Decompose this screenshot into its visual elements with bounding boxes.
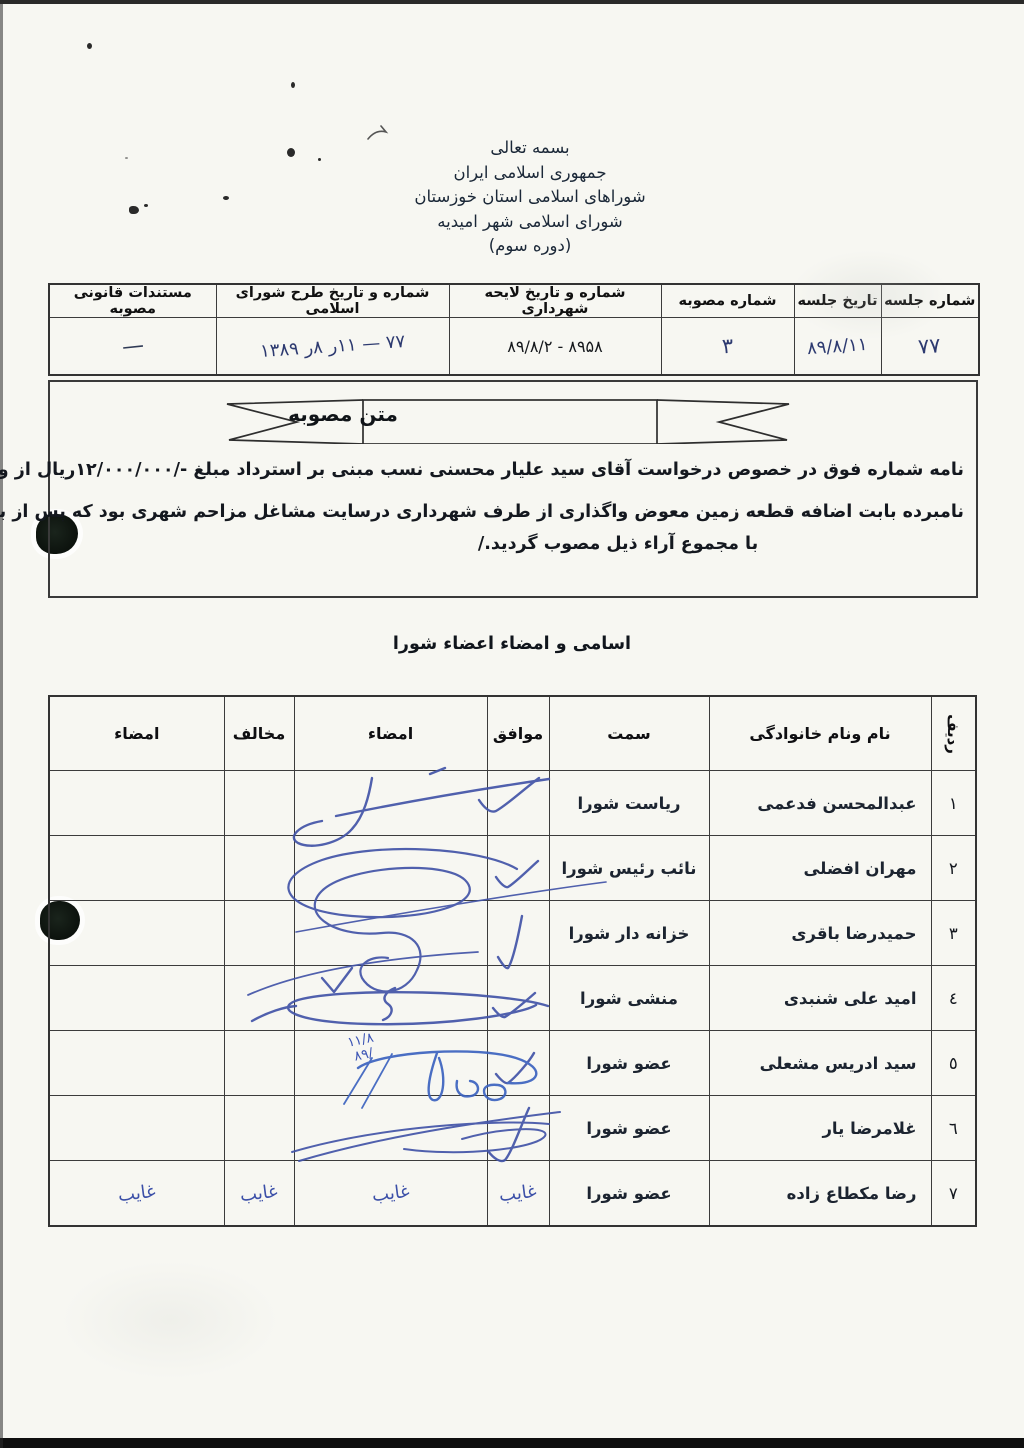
letterhead-line-basmala: بسمه تعالی [280,136,780,161]
member-oppose-cell [224,1096,294,1161]
member-position: خزانه دار شورا [549,901,709,966]
member-oppose-cell [224,836,294,901]
meta-value-plan-no-date: ۷۷ — ۱۱ر ۸ر ۱۳۸۹ [216,318,449,376]
member-approve-cell [487,771,549,836]
member-signature2-cell [49,1096,224,1161]
ink-speck [144,204,148,207]
meta-header-row: شماره جلسه تاریخ جلسه شماره مصوبه شماره … [49,284,979,318]
member-row: ٢ مهران افضلی نائب رئیس شورا [49,836,976,901]
member-name: مهران افضلی [709,836,931,901]
member-signature-cell [294,836,487,901]
member-approve-cell: غایب [487,1161,549,1227]
signature-date-year: /۸۹ [349,1045,378,1065]
member-position: منشی شورا [549,966,709,1031]
ink-speck [129,206,139,214]
signature-date-note: ۱۱/۸ /۸۹ [346,1031,378,1066]
member-row-no: ٥ [931,1031,976,1096]
member-signature2-cell [49,1031,224,1096]
resolution-line-3: با مجموع آراء ذیل مصوب گردید./ [167,534,1024,554]
member-signature-cell [294,966,487,1031]
member-signature2-cell [49,836,224,901]
member-position: ریاست شورا [549,771,709,836]
scan-edge-bottom [0,1438,1024,1448]
members-header-row-no: ردیف [931,696,976,771]
member-name: سید ادریس مشعلی [709,1031,931,1096]
member-row: ٦ غلامرضا یار عضو شورا [49,1096,976,1161]
member-row-no: ٤ [931,966,976,1031]
meta-header-legal-basis: مستندات قانونی مصوبه [49,284,216,318]
member-row-no: ٢ [931,836,976,901]
meta-value-legal-basis: — [49,318,216,376]
member-approve-cell [487,1096,549,1161]
member-signature-cell [294,901,487,966]
meta-value-bill-no-date: ۸۹۵۸ - ۸۹/۸/۲ [449,318,661,376]
member-position: نائب رئیس شورا [549,836,709,901]
scanned-document-page: بسمه تعالی جمهوری اسلامی ایران شوراهای ا… [0,0,1024,1448]
member-approve-cell [487,901,549,966]
member-oppose-cell [224,966,294,1031]
member-approve-cell [487,1031,549,1096]
member-oppose-cell: غایب [224,1161,294,1227]
members-header-signature-2: امضاء [49,696,224,771]
meta-header-session-no: شماره جلسه [881,284,979,318]
member-name: امید علی شنبدی [709,966,931,1031]
ink-speck [87,43,92,49]
resolution-banner-title: متن مصوبه [196,392,490,436]
meta-header-bill-no-date: شماره و تاریخ لایحه شهرداری [449,284,661,318]
members-header-position: سمت [549,696,709,771]
member-row: ٥ سید ادریس مشعلی عضو شورا ۱۱/۸ /۸۹ [49,1031,976,1096]
meta-value-session-date: ۸۹/۸/۱۱ [794,318,881,376]
meta-value-resolution-no: ۳ [661,318,794,376]
member-oppose-cell [224,771,294,836]
resolution-line-2: نامبرده بابت اضافه قطعه زمین معوض واگذار… [62,502,964,522]
member-row-no: ٦ [931,1096,976,1161]
members-table: ردیف نام ونام خانوادگی سمت موافق امضاء م… [48,695,977,1227]
member-signature-cell: غایب [294,1161,487,1227]
letterhead: بسمه تعالی جمهوری اسلامی ایران شوراهای ا… [280,136,780,259]
member-signature2-cell [49,771,224,836]
letterhead-line-province-councils: شوراهای اسلامی استان خوزستان [280,185,780,210]
members-section-title: اسامی و امضاء اعضاء شورا [0,634,1024,654]
absent-note: غایب [239,1180,279,1205]
member-signature-cell: ۱۱/۸ /۸۹ [294,1031,487,1096]
member-row-absent: ٧ رضا مکطاع زاده عضو شورا غایب غایب غایب… [49,1161,976,1227]
meta-header-session-date: تاریخ جلسه [794,284,881,318]
member-name: عبدالمحسن فدعمی [709,771,931,836]
member-signature-cell [294,771,487,836]
ink-speck [223,196,229,200]
members-header-row: ردیف نام ونام خانوادگی سمت موافق امضاء م… [49,696,976,771]
letterhead-line-republic: جمهوری اسلامی ایران [280,161,780,186]
member-approve-cell [487,836,549,901]
meta-value-row: ۷۷ ۸۹/۸/۱۱ ۳ ۸۹۵۸ - ۸۹/۸/۲ ۷۷ — ۱۱ر ۸ر ۱… [49,318,979,376]
meta-header-resolution-no: شماره مصوبه [661,284,794,318]
resolution-box: متن مصوبه نامه شماره فوق در خصوص درخواست… [48,380,978,598]
scan-edge-top [0,0,1024,4]
member-position: عضو شورا [549,1031,709,1096]
meta-header-plan-no-date: شماره و تاریخ طرح شورای اسلامی [216,284,449,318]
resolution-line-1: نامه شماره فوق در خصوص درخواست آقای سید … [62,460,964,480]
member-row-no: ٣ [931,901,976,966]
absent-note: غایب [371,1180,411,1205]
member-oppose-cell [224,1031,294,1096]
member-signature2-cell [49,966,224,1031]
member-signature-cell [294,1096,487,1161]
member-row-no: ٧ [931,1161,976,1227]
member-row: ٤ امید علی شنبدی منشی شورا [49,966,976,1031]
members-header-oppose: مخالف [224,696,294,771]
members-header-signature: امضاء [294,696,487,771]
scan-edge-left [0,0,3,1448]
member-row: ٣ حمیدرضا باقری خزانه دار شورا [49,901,976,966]
absent-note: غایب [117,1180,157,1205]
members-header-name: نام ونام خانوادگی [709,696,931,771]
members-header-approve: موافق [487,696,549,771]
member-signature2-cell [49,901,224,966]
member-position: عضو شورا [549,1161,709,1227]
paper-blotch [60,1260,280,1380]
member-position: عضو شورا [549,1096,709,1161]
member-name: رضا مکطاع زاده [709,1161,931,1227]
member-approve-cell [487,966,549,1031]
letterhead-line-term: (دوره سوم) [280,234,780,259]
member-name: غلامرضا یار [709,1096,931,1161]
ink-speck [125,157,128,159]
session-meta-table: شماره جلسه تاریخ جلسه شماره مصوبه شماره … [48,283,980,376]
meta-value-session-no: ۷۷ [881,318,979,376]
ink-speck [291,82,295,88]
member-oppose-cell [224,901,294,966]
member-row: ١ عبدالمحسن فدعمی ریاست شورا [49,771,976,836]
member-row-no: ١ [931,771,976,836]
letterhead-line-city-council: شورای اسلامی شهر امیدیه [280,210,780,235]
absent-note: غایب [498,1180,538,1205]
member-signature2-cell: غایب [49,1161,224,1227]
member-name: حمیدرضا باقری [709,901,931,966]
